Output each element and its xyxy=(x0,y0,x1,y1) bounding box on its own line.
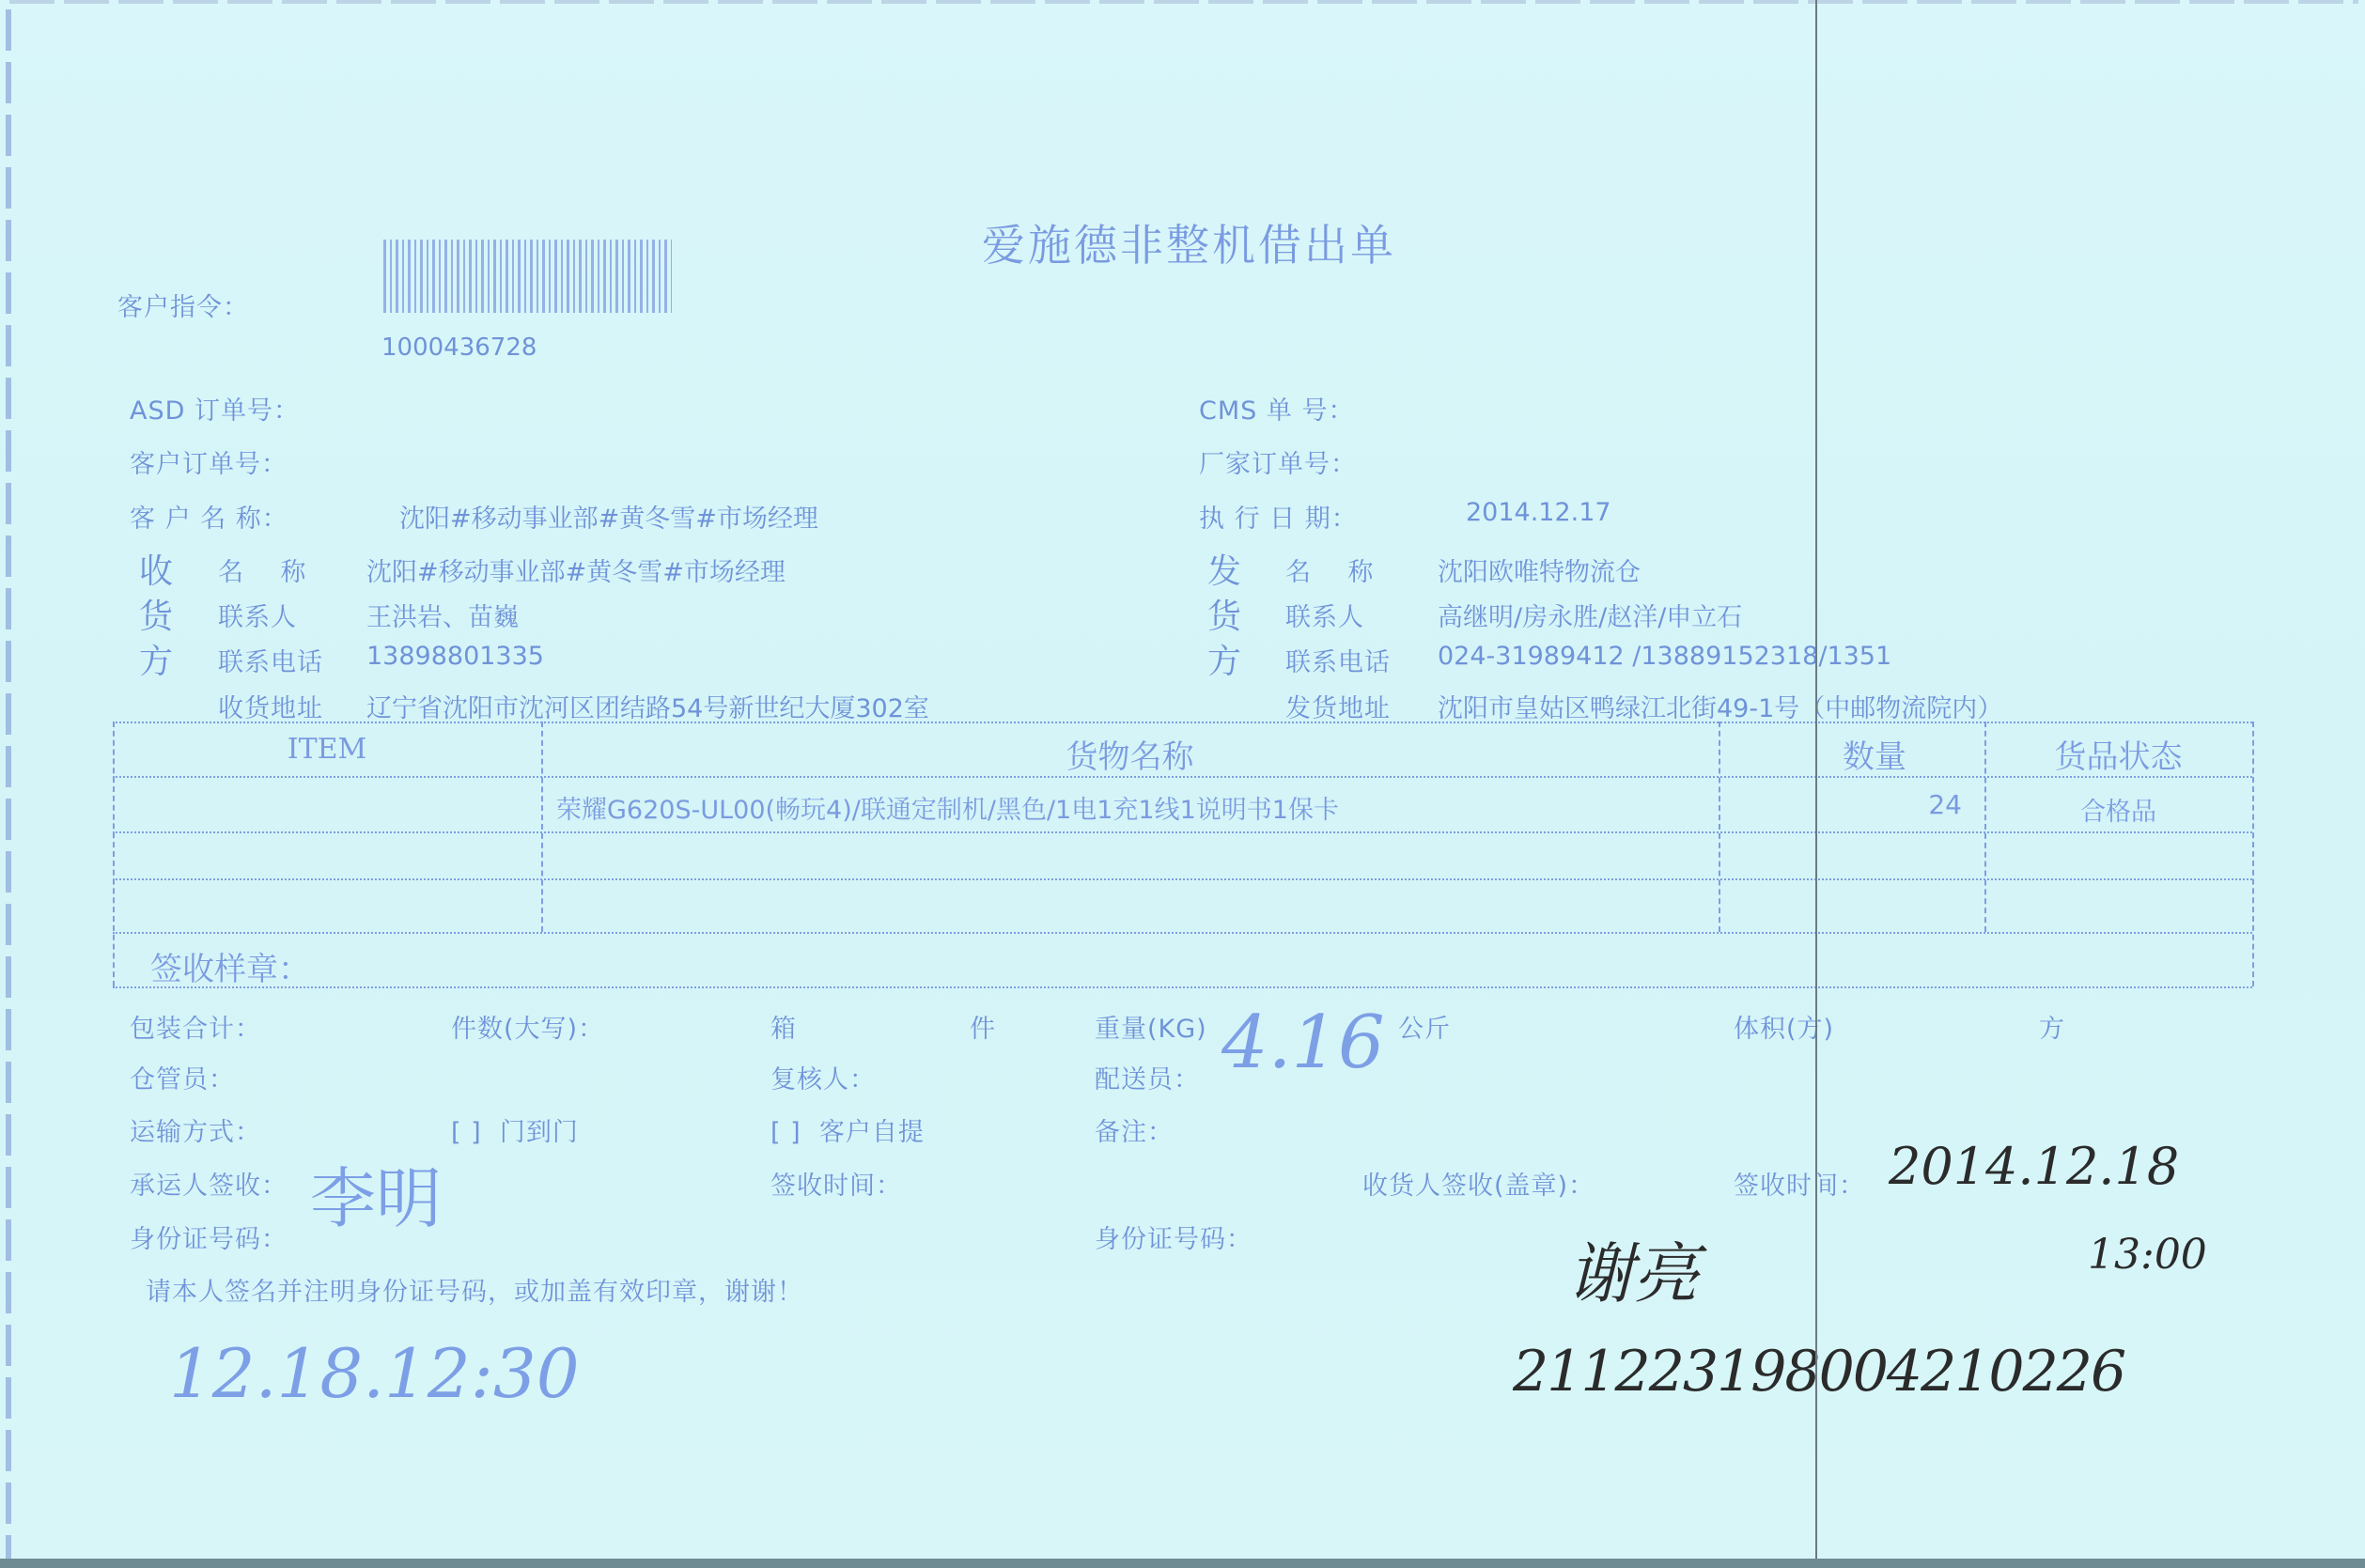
fold-line xyxy=(1815,0,1817,1568)
sender-address-label: 发货地址 xyxy=(1285,688,1391,724)
remarks-label: 备注： xyxy=(1095,1111,1174,1148)
carrier-sign-label: 承运人签收： xyxy=(130,1165,288,1202)
execution-date-value: 2014.12.17 xyxy=(1466,498,1611,527)
weight-handwritten: 4.16 xyxy=(1221,1001,1385,1085)
sender-side-char-1: 发 xyxy=(1207,545,1241,593)
sender-side-char-2: 货 xyxy=(1207,590,1241,638)
sender-phone-value: 024-31989412 /13889152318/1351 xyxy=(1438,642,1891,671)
receiver-contact-value: 王洪岩、苗巍 xyxy=(366,597,519,633)
goods-table: ITEM 货物名称 数量 货品状态 荣耀G620S-UL00(畅玩4)/联通定制… xyxy=(113,722,2252,986)
column-header-quantity: 数量 xyxy=(1804,731,1945,777)
receiver-sign-clock: 13:00 xyxy=(2088,1231,2207,1279)
volume-unit: 方 xyxy=(2039,1008,2065,1045)
receiver-name-label: 名 称 xyxy=(218,551,306,588)
stamp-label: 签收样章： xyxy=(150,943,310,989)
notice-text: 请本人签名并注明身份证号码，或加盖有效印章，谢谢！ xyxy=(146,1271,803,1308)
sender-side-char-3: 方 xyxy=(1207,635,1241,683)
document-title: 爱施德非整机借出单 xyxy=(982,211,1396,273)
paper-bottom-edge xyxy=(0,1559,2365,1568)
column-header-item: ITEM xyxy=(113,733,541,766)
receiver-side-char-2: 货 xyxy=(139,590,173,638)
perforation-left xyxy=(6,9,11,1560)
transport-label: 运输方式： xyxy=(130,1111,261,1148)
receiver-address-value: 辽宁省沈阳市沈河区团结路54号新世纪大厦302室 xyxy=(366,688,929,724)
receiver-contact-label: 联系人 xyxy=(218,597,297,633)
piece-unit: 件 xyxy=(970,1008,996,1045)
id-number-label-right: 身份证号码： xyxy=(1095,1219,1253,1255)
customer-name-value: 沈阳#移动事业部#黄冬雪#市场经理 xyxy=(399,498,818,535)
box-unit: 箱 xyxy=(770,1008,797,1045)
table-row-1-quantity: 24 xyxy=(1842,789,1962,820)
barcode-number: 1000436728 xyxy=(381,334,537,362)
barcode-icon xyxy=(383,240,672,313)
customer-instruction-label: 客户指令： xyxy=(117,287,249,323)
warehouse-keeper-label: 仓管员： xyxy=(130,1059,235,1095)
pieces-label: 件数(大写)： xyxy=(451,1008,604,1045)
asd-order-label: ASD 订单号： xyxy=(130,390,300,427)
cms-order-label: CMS 单 号： xyxy=(1199,390,1354,427)
receiver-side-char-1: 收 xyxy=(139,545,173,593)
column-header-goods-name: 货物名称 xyxy=(541,731,1719,777)
sender-contact-label: 联系人 xyxy=(1285,597,1364,633)
reviewer-label: 复核人： xyxy=(770,1059,876,1095)
receiver-side-char-3: 方 xyxy=(139,635,173,683)
sender-name-value: 沈阳欧唯特物流仓 xyxy=(1438,551,1641,588)
receiver-name-value: 沈阳#移动事业部#黄冬雪#市场经理 xyxy=(366,551,786,588)
receiver-sign-label: 收货人签收(盖章)： xyxy=(1362,1165,1595,1202)
sender-name-label: 名 称 xyxy=(1285,551,1374,588)
receiver-phone-label: 联系电话 xyxy=(218,642,323,678)
receiver-sign-date: 2014.12.18 xyxy=(1889,1137,2179,1196)
door-to-door-checkbox[interactable]: [ ] 门到门 xyxy=(451,1111,579,1148)
weight-label: 重量(KG) xyxy=(1095,1008,1207,1045)
self-pickup-checkbox[interactable]: [ ] 客户自提 xyxy=(770,1111,925,1148)
receiver-phone-value: 13898801335 xyxy=(366,642,544,671)
weight-unit: 公斤 xyxy=(1398,1008,1451,1045)
sender-contact-value: 高继明/房永胜/赵洋/申立石 xyxy=(1438,597,1742,633)
receiver-sign-time-label: 签收时间： xyxy=(1734,1165,1865,1202)
sender-address-value: 沈阳市皇姑区鸭绿江北街49-1号（中邮物流院内） xyxy=(1438,688,2002,724)
receiver-id-handwritten: 211223198004210226 xyxy=(1513,1339,2124,1405)
column-header-status: 货品状态 xyxy=(1984,731,2252,777)
receiver-address-label: 收货地址 xyxy=(218,688,323,724)
handwritten-note: 12.18.12:30 xyxy=(169,1334,580,1413)
table-row-1-goods-name: 荣耀G620S-UL00(畅玩4)/联通定制机/黑色/1电1充1线1说明书1保卡 xyxy=(556,789,1339,826)
table-row-1-status: 合格品 xyxy=(1984,791,2252,828)
customer-name-label: 客 户 名 称： xyxy=(130,498,288,535)
sender-phone-label: 联系电话 xyxy=(1285,642,1391,678)
carrier-signature: 李明 xyxy=(310,1146,442,1241)
perforation-top xyxy=(9,0,2358,4)
id-number-label-left: 身份证号码： xyxy=(130,1219,288,1255)
customer-order-label: 客户订单号： xyxy=(130,443,288,480)
execution-date-label: 执 行 日 期： xyxy=(1199,498,1358,535)
deliverer-label: 配送员： xyxy=(1095,1059,1200,1095)
package-total-label: 包装合计： xyxy=(130,1008,261,1045)
sign-time-label: 签收时间： xyxy=(770,1165,902,1202)
factory-order-label: 厂家订单号： xyxy=(1199,443,1357,480)
volume-label: 体积(方) xyxy=(1734,1008,1834,1045)
receiver-signature: 谢亮 xyxy=(1567,1221,1699,1316)
